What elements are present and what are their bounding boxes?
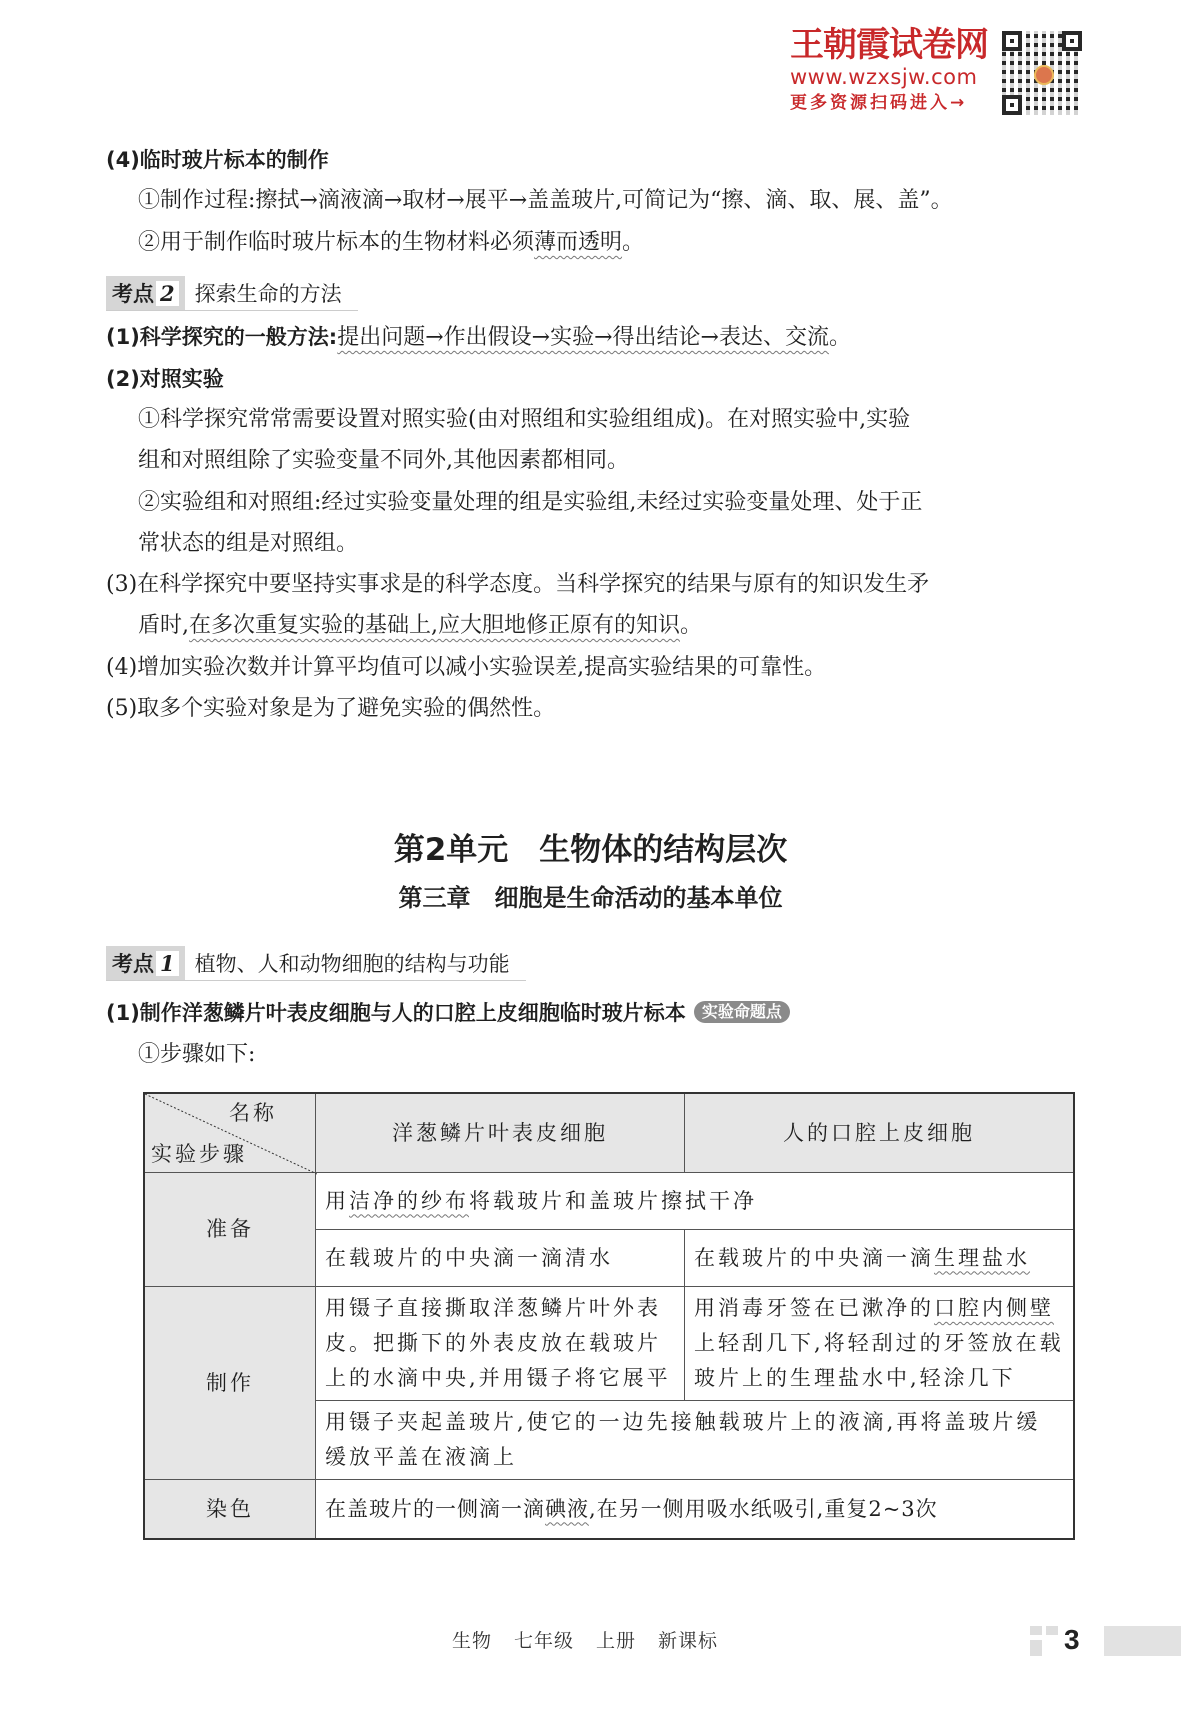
- item3a: (3)在科学探究中要坚持实事求是的科学态度。当科学探究的结果与原有的知识发生矛: [106, 570, 929, 600]
- kaodian-number: 2: [156, 281, 179, 306]
- control-exp-sub2b: 常状态的组是对照组。: [138, 529, 358, 559]
- logo-cta: 更多资源扫码进入→: [790, 91, 967, 115]
- site-logo[interactable]: 王朝霞试卷网 www.wzxsjw.com 更多资源扫码进入→: [790, 25, 1090, 120]
- row-header-make: 制作: [144, 1287, 316, 1480]
- kaodian-title: 探索生命的方法: [185, 276, 358, 310]
- kaodian-2-header: 考点2 探索生命的方法: [106, 276, 358, 311]
- kaodian-title: 植物、人和动物细胞的结构与功能: [185, 946, 526, 980]
- slide-prep-item: (1)制作洋葱鳞片叶表皮细胞与人的口腔上皮细胞临时玻片标本实验命题点: [106, 998, 790, 1029]
- item4-sub2: ②用于制作临时玻片标本的生物材料必须薄而透明。: [138, 228, 644, 258]
- chapter-title: 第三章 细胞是生命活动的基本单位: [0, 882, 1181, 914]
- footer-grade: 七年级: [514, 1630, 574, 1652]
- qr-logo-icon: [1034, 65, 1054, 85]
- make-cheek: 用消毒牙签在已漱净的口腔内侧壁上轻刮几下,将轻刮过的牙签放在载玻片上的生理盐水中…: [685, 1287, 1075, 1401]
- col-header-onion: 洋葱鳞片叶表皮细胞: [316, 1093, 685, 1173]
- kaodian-tag: 考点1: [106, 946, 185, 980]
- unit-title: 第2单元 生物体的结构层次: [0, 830, 1181, 870]
- item5: (5)取多个实验对象是为了避免实验的偶然性。: [106, 694, 555, 724]
- col-header-cheek: 人的口腔上皮细胞: [685, 1093, 1075, 1173]
- footer-edition: 新课标: [658, 1630, 718, 1652]
- footer-subject: 生物: [452, 1630, 492, 1652]
- logo-url[interactable]: www.wzxsjw.com: [790, 65, 977, 89]
- steps-intro: ①步骤如下:: [138, 1040, 255, 1070]
- stain-shared: 在盖玻片的一侧滴一滴碘液,在另一侧用吸水纸吸引,重复2~3次: [316, 1480, 1075, 1540]
- qr-code-icon[interactable]: [1002, 31, 1082, 115]
- kaodian-1-header: 考点1 植物、人和动物细胞的结构与功能: [106, 946, 526, 981]
- footer-info: 生物七年级上册新课标: [452, 1626, 740, 1653]
- item4-sub1: ①制作过程:擦拭→滴液滴→取材→展平→盖盖玻片,可简记为“擦、滴、取、展、盖”。: [138, 186, 953, 216]
- page-number-box: 3: [1024, 1626, 1181, 1656]
- logo-title: 王朝霞试卷网: [790, 25, 988, 65]
- kaodian-tag: 考点2: [106, 276, 185, 310]
- prep-cheek: 在载玻片的中央滴一滴生理盐水: [685, 1230, 1075, 1287]
- prep-onion: 在载玻片的中央滴一滴清水: [316, 1230, 685, 1287]
- make-onion: 用镊子直接撕取洋葱鳞片叶外表皮。把撕下的外表皮放在载玻片上的水滴中央,并用镊子将…: [316, 1287, 685, 1401]
- page-number: 3: [1064, 1624, 1080, 1656]
- control-exp-title: (2)对照实验: [106, 364, 224, 394]
- item3b: 盾时,在多次重复实验的基础上,应大胆地修正原有的知识。: [138, 611, 702, 641]
- item4-title: (4)临时玻片标本的制作: [106, 145, 329, 175]
- method-item: (1)科学探究的一般方法:提出问题→作出假设→实验→得出结论→表达、交流。: [106, 322, 851, 353]
- kaodian-number: 1: [156, 951, 179, 976]
- make-shared: 用镊子夹起盖玻片,使它的一边先接触载玻片上的液滴,再将盖玻片缓缓放平盖在液滴上: [316, 1401, 1075, 1480]
- row-header-stain: 染色: [144, 1480, 316, 1540]
- emphasis: 薄而透明: [534, 230, 622, 255]
- item4: (4)增加实验次数并计算平均值可以减小实验误差,提高实验结果的可靠性。: [106, 653, 826, 683]
- control-exp-sub1b: 组和对照组除了实验变量不同外,其他因素都相同。: [138, 446, 629, 476]
- steps-table: 名称 实验步骤 洋葱鳞片叶表皮细胞 人的口腔上皮细胞 准备 用洁净的纱布将载玻片…: [143, 1092, 1075, 1540]
- control-exp-sub1a: ①科学探究常常需要设置对照实验(由对照组和实验组组成)。在对照实验中,实验: [138, 405, 910, 435]
- row-header-prep: 准备: [144, 1173, 316, 1287]
- control-exp-sub2a: ②实验组和对照组:经过实验变量处理的组是实验组,未经过实验变量处理、处于正: [138, 488, 922, 518]
- exp-badge: 实验命题点: [694, 1001, 790, 1023]
- prep-shared: 用洁净的纱布将载玻片和盖玻片擦拭干净: [316, 1173, 1075, 1230]
- corner-header: 名称 实验步骤: [144, 1093, 316, 1173]
- footer-volume: 上册: [596, 1630, 636, 1652]
